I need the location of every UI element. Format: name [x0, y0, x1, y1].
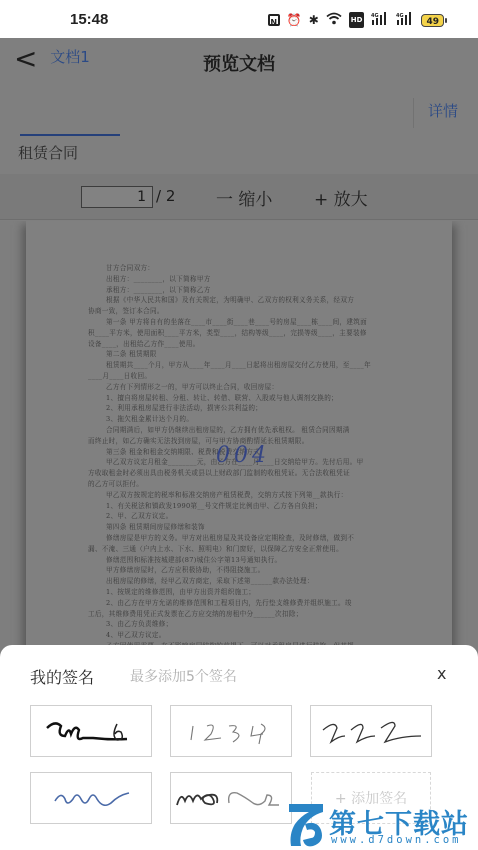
details-button[interactable]: 详情 — [428, 100, 458, 121]
document-page: 甘方合同双方：出租方：________，以下简称甲方承租方：________，以… — [26, 221, 452, 681]
document-line: 的乙方可以拒付。 — [88, 479, 400, 490]
document-line: 修缮房屋是甲方的义务。甲方对出租房屋及其设备应定期检查，及时修缮，做到不 — [88, 533, 400, 544]
tab-active-indicator — [20, 134, 120, 136]
document-line: 3、由乙方负责维修； — [88, 619, 400, 630]
nfc-icon: N — [268, 14, 280, 26]
document-line: 第一条 甲方将自有的坐落在____市____街____巷____号的房屋____… — [88, 317, 400, 328]
document-line: 方收取租金时必须出具由税务机关或县以上财政部门监制的收租凭证。无合法收租凭证 — [88, 468, 400, 479]
status-time: 15:48 — [70, 11, 108, 28]
signature-2[interactable] — [170, 705, 292, 757]
d7down-logo-icon — [287, 802, 325, 848]
document-line: 承租方：________，以下简称乙方 — [88, 285, 400, 296]
document-line: 租赁期共____个月，甲方从____年____月____日起将出租房屋交付乙方使… — [88, 360, 400, 371]
signature-5[interactable] — [170, 772, 292, 824]
signature-1[interactable] — [30, 705, 152, 757]
document-line: 甘方合同双方： — [88, 263, 400, 274]
signature-3-drawing — [311, 706, 433, 758]
document-line: 出租房屋的修缮，经甲乙双方商定，采取下述第______款办法处理： — [88, 576, 400, 587]
document-line: 第四条 租赁期间房屋修缮和装饰 — [88, 522, 400, 533]
sheet-hint: 最多添加5个签名 — [130, 666, 237, 686]
tab-document-1[interactable]: 文档1 — [20, 46, 120, 84]
document-line: 4、甲乙双方议定。 — [88, 630, 400, 641]
watermark: 第七下载站 www.d7down.com — [283, 800, 478, 850]
document-name: 租赁合同 — [18, 142, 78, 163]
alarm-icon: ⏰ — [287, 13, 302, 27]
document-line: 3、拖欠租金累计达个月的。 — [88, 414, 400, 425]
document-line: 乙方有下列情形之一的，甲方可以终止合同，收回房屋： — [88, 382, 400, 393]
zoom-out-button[interactable]: 一 缩小 — [216, 185, 272, 210]
signature-2-drawing — [171, 706, 293, 758]
document-line: 2、甲、乙双方议定。 — [88, 511, 400, 522]
page-number-input[interactable]: 1 — [81, 186, 153, 208]
document-line: 合同期满后，如甲方仍继续出租房屋的，乙方拥有优先承租权。 租赁合同因期满 — [88, 425, 400, 436]
hd-icon: HD — [349, 12, 365, 28]
document-line: 积____平方米，使用面积____平方米，类型____，结构等级____，完损等… — [88, 328, 400, 339]
signal-4g-icon: 4G — [371, 12, 389, 28]
document-line: 设备____，出租给乙方作____使用。 — [88, 339, 400, 350]
document-line: 1、按规定的维修范围，由甲方出资并组织施工； — [88, 587, 400, 598]
document-line: 第二条 租赁期限 — [88, 349, 400, 360]
document-line: 2、由乙方在甲方允诺的维修范围和工程项目内，先行垫支维修费并组织施工。竣 — [88, 598, 400, 609]
document-line: 根据《中华人民共和国》及有关规定，为明确甲、乙双方的权利义务关系，经双方 — [88, 295, 400, 306]
watermark-url: www.d7down.com — [331, 834, 462, 846]
wifi-icon — [326, 12, 342, 28]
bluetooth-icon: ✱ — [309, 13, 319, 27]
battery-icon: 49 — [421, 14, 444, 27]
page-toolbar: 1 / 2 一 缩小 + 放大 — [0, 174, 478, 220]
document-line: 协商一致，签订本合同。 — [88, 306, 400, 317]
signature-4-drawing — [31, 773, 153, 825]
close-icon[interactable]: x — [437, 664, 446, 683]
tab-divider — [413, 98, 414, 128]
document-line: 工后，其维修费用凭正式发票在乙方应交纳的房租中分______次扣除； — [88, 609, 400, 620]
signature-5-drawing — [171, 773, 293, 825]
document-line: 出租方：________，以下简称甲方 — [88, 274, 400, 285]
status-bar: 15:48 N ⏰ ✱ HD 4G 4G 49 — [0, 0, 478, 38]
zoom-in-button[interactable]: + 放大 — [314, 185, 368, 210]
document-line: 1、有关税法和镇政发1990第__号文件规定比例由甲、乙方各自负担； — [88, 501, 400, 512]
document-line: 甲乙双方按规定的税率和标准交纳房产租赁税费，交纳方式按下列第__款执行： — [88, 490, 400, 501]
signature-4[interactable] — [30, 772, 152, 824]
document-line: ____月____日收回。 — [88, 371, 400, 382]
document-line: 甲方修缮房屋时，乙方应积极协助，不得阻挠施工。 — [88, 565, 400, 576]
sheet-title: 我的签名 — [30, 665, 94, 688]
document-line: 2、利用承租房屋进行非法活动，损害公共利益的； — [88, 403, 400, 414]
signature-1-drawing — [31, 706, 153, 758]
status-icons: N ⏰ ✱ HD 4G 4G 49 — [268, 12, 444, 28]
document-line: 漏、不淹、三通（户内上水、下水、照明电）和门窗好，以保障乙方安全正常使用。 — [88, 544, 400, 555]
document-line: 修缮范围和标准按城建部(87)城住公字第13号通知执行。 — [88, 555, 400, 566]
signal-4g-icon: 4G — [396, 12, 414, 28]
document-line: 1、擅自将房屋转租、分租、转让、转借、联营、入股或与他人调剂交换的； — [88, 393, 400, 404]
handwritten-stamp: 004 — [216, 443, 270, 468]
signature-3[interactable] — [310, 705, 432, 757]
page-total: / 2 — [156, 187, 175, 205]
